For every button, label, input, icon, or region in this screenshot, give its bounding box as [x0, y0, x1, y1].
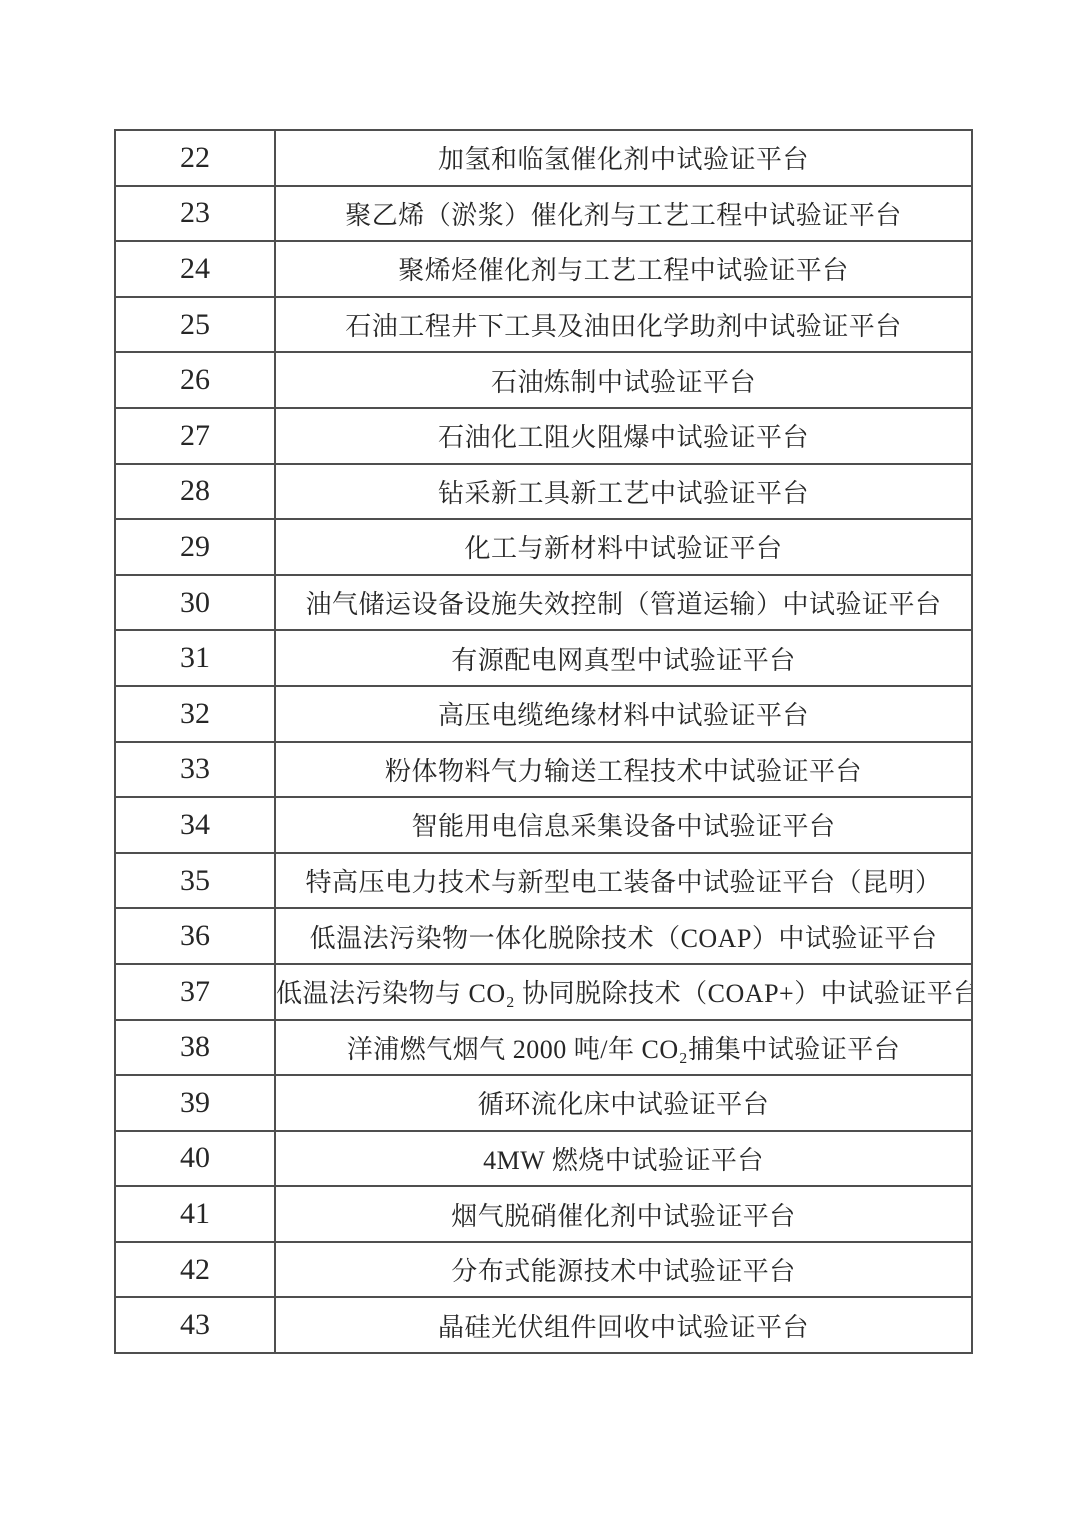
platform-name: 智能用电信息采集设备中试验证平台: [275, 797, 972, 853]
table-row: 27 石油化工阻火阻爆中试验证平台: [115, 408, 972, 464]
row-number: 38: [115, 1020, 275, 1076]
row-number: 28: [115, 464, 275, 520]
platform-name: 烟气脱硝催化剂中试验证平台: [275, 1186, 972, 1242]
platform-name: 4MW 燃烧中试验证平台: [275, 1131, 972, 1187]
platform-name: 聚烯烃催化剂与工艺工程中试验证平台: [275, 241, 972, 297]
row-number: 26: [115, 352, 275, 408]
platform-name: 钻采新工具新工艺中试验证平台: [275, 464, 972, 520]
platform-name: 粉体物料气力输送工程技术中试验证平台: [275, 742, 972, 798]
table-row: 38 洋浦燃气烟气 2000 吨/年 CO₂捕集中试验证平台: [115, 1020, 972, 1076]
table-row: 40 4MW 燃烧中试验证平台: [115, 1131, 972, 1187]
row-number: 33: [115, 742, 275, 798]
table-row: 39 循环流化床中试验证平台: [115, 1075, 972, 1131]
table-row: 28 钻采新工具新工艺中试验证平台: [115, 464, 972, 520]
row-number: 34: [115, 797, 275, 853]
table-row: 32 高压电缆绝缘材料中试验证平台: [115, 686, 972, 742]
row-number: 27: [115, 408, 275, 464]
platform-table-body: 22 加氢和临氢催化剂中试验证平台 23 聚乙烯（淤浆）催化剂与工艺工程中试验证…: [115, 130, 972, 1353]
table-row: 36 低温法污染物一体化脱除技术（COAP）中试验证平台: [115, 908, 972, 964]
platform-name: 有源配电网真型中试验证平台: [275, 630, 972, 686]
platform-name: 化工与新材料中试验证平台: [275, 519, 972, 575]
row-number: 40: [115, 1131, 275, 1187]
table-row: 33 粉体物料气力输送工程技术中试验证平台: [115, 742, 972, 798]
table-row: 37 低温法污染物与 CO₂ 协同脱除技术（COAP+）中试验证平台: [115, 964, 972, 1020]
row-number: 31: [115, 630, 275, 686]
platform-name: 低温法污染物一体化脱除技术（COAP）中试验证平台: [275, 908, 972, 964]
platform-name: 加氢和临氢催化剂中试验证平台: [275, 130, 972, 186]
platform-name: 洋浦燃气烟气 2000 吨/年 CO₂捕集中试验证平台: [275, 1020, 972, 1076]
table-row: 35 特高压电力技术与新型电工装备中试验证平台（昆明）: [115, 853, 972, 909]
table-row: 29 化工与新材料中试验证平台: [115, 519, 972, 575]
platform-name: 石油炼制中试验证平台: [275, 352, 972, 408]
row-number: 35: [115, 853, 275, 909]
platform-name: 油气储运设备设施失效控制（管道运输）中试验证平台: [275, 575, 972, 631]
table-row: 25 石油工程井下工具及油田化学助剂中试验证平台: [115, 297, 972, 353]
table-row: 22 加氢和临氢催化剂中试验证平台: [115, 130, 972, 186]
document-page: 22 加氢和临氢催化剂中试验证平台 23 聚乙烯（淤浆）催化剂与工艺工程中试验证…: [0, 0, 1080, 1527]
platform-name: 晶硅光伏组件回收中试验证平台: [275, 1297, 972, 1353]
row-number: 30: [115, 575, 275, 631]
table-row: 24 聚烯烃催化剂与工艺工程中试验证平台: [115, 241, 972, 297]
table-row: 42 分布式能源技术中试验证平台: [115, 1242, 972, 1298]
platform-name: 高压电缆绝缘材料中试验证平台: [275, 686, 972, 742]
platform-name: 石油工程井下工具及油田化学助剂中试验证平台: [275, 297, 972, 353]
row-number: 42: [115, 1242, 275, 1298]
table-row: 34 智能用电信息采集设备中试验证平台: [115, 797, 972, 853]
table-row: 41 烟气脱硝催化剂中试验证平台: [115, 1186, 972, 1242]
table-row: 30 油气储运设备设施失效控制（管道运输）中试验证平台: [115, 575, 972, 631]
row-number: 43: [115, 1297, 275, 1353]
row-number: 23: [115, 186, 275, 242]
table-row: 26 石油炼制中试验证平台: [115, 352, 972, 408]
platform-name: 特高压电力技术与新型电工装备中试验证平台（昆明）: [275, 853, 972, 909]
row-number: 24: [115, 241, 275, 297]
row-number: 29: [115, 519, 275, 575]
row-number: 22: [115, 130, 275, 186]
row-number: 41: [115, 1186, 275, 1242]
row-number: 36: [115, 908, 275, 964]
platform-name: 聚乙烯（淤浆）催化剂与工艺工程中试验证平台: [275, 186, 972, 242]
table-row: 43 晶硅光伏组件回收中试验证平台: [115, 1297, 972, 1353]
table-row: 23 聚乙烯（淤浆）催化剂与工艺工程中试验证平台: [115, 186, 972, 242]
row-number: 25: [115, 297, 275, 353]
row-number: 39: [115, 1075, 275, 1131]
platform-name: 低温法污染物与 CO₂ 协同脱除技术（COAP+）中试验证平台: [275, 964, 972, 1020]
platform-name: 石油化工阻火阻爆中试验证平台: [275, 408, 972, 464]
row-number: 32: [115, 686, 275, 742]
platform-name: 循环流化床中试验证平台: [275, 1075, 972, 1131]
row-number: 37: [115, 964, 275, 1020]
platform-table: 22 加氢和临氢催化剂中试验证平台 23 聚乙烯（淤浆）催化剂与工艺工程中试验证…: [114, 129, 973, 1354]
platform-name: 分布式能源技术中试验证平台: [275, 1242, 972, 1298]
table-row: 31 有源配电网真型中试验证平台: [115, 630, 972, 686]
